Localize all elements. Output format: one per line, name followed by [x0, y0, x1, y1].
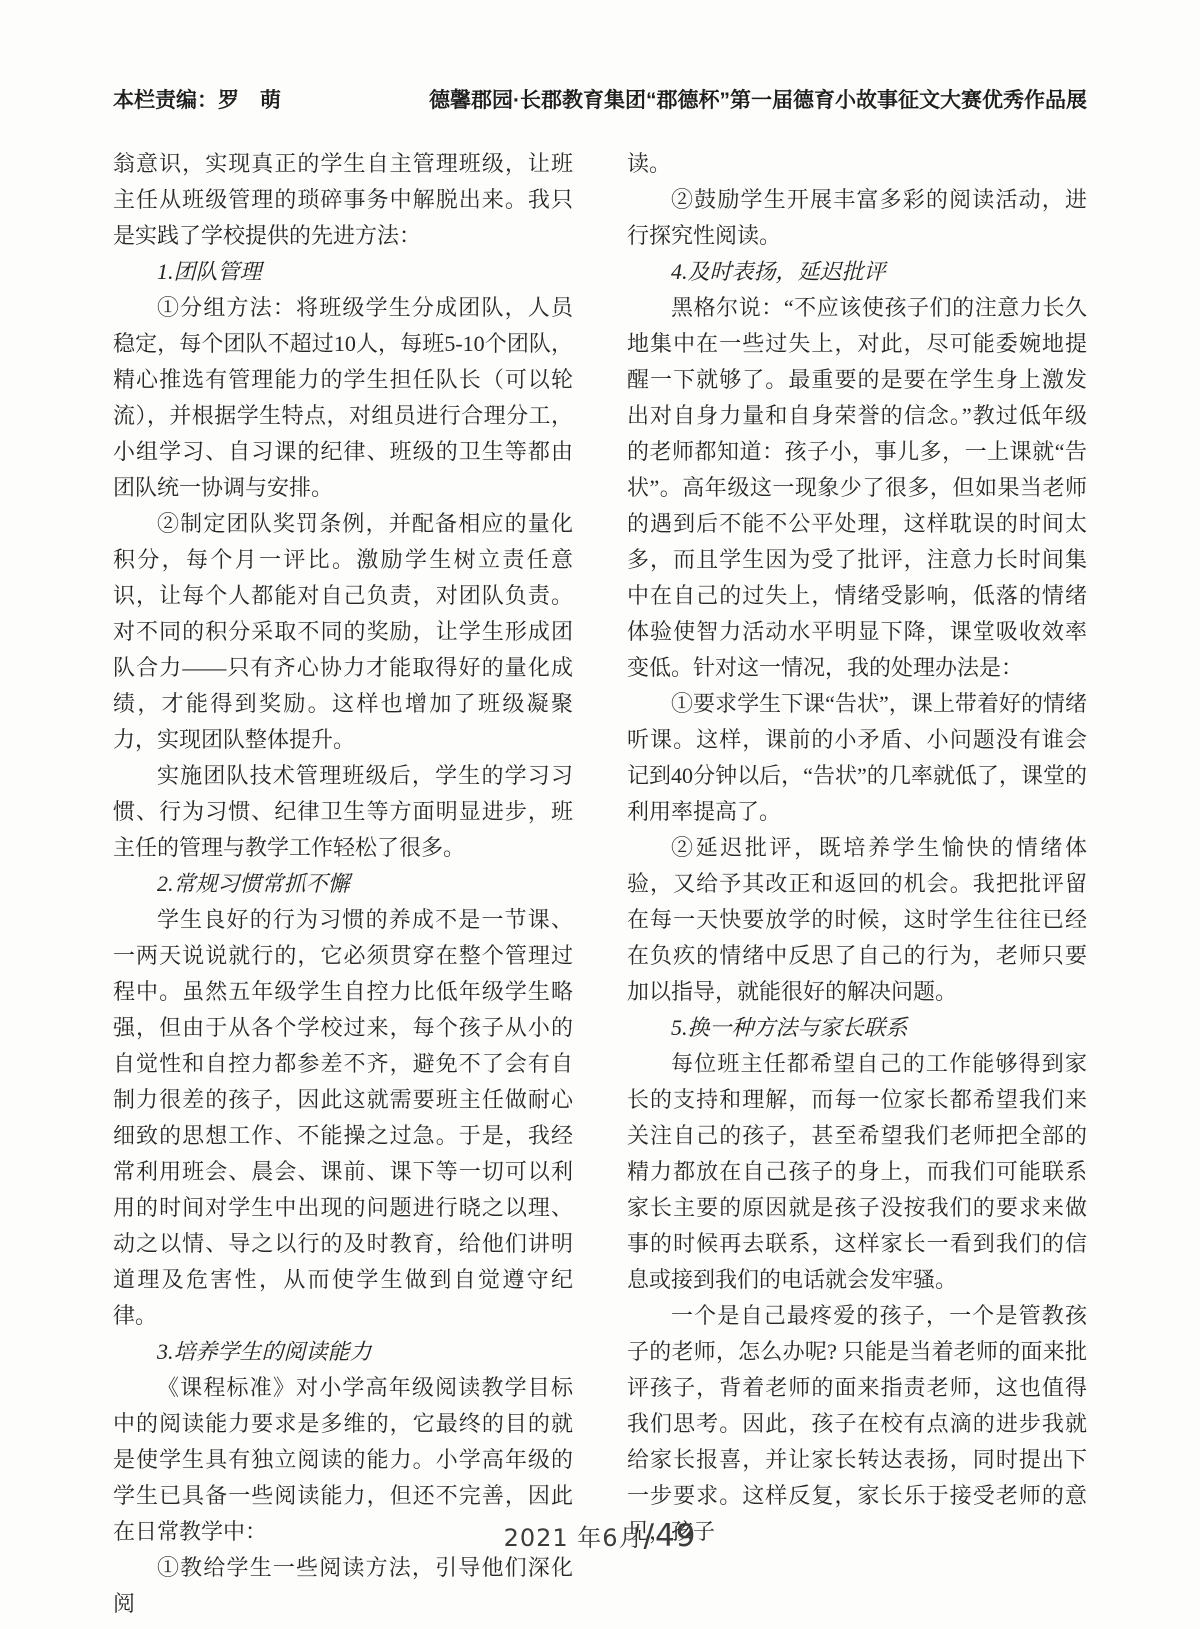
section-heading: 5.换一种方法与家长联系 — [627, 1010, 1087, 1046]
issue-banner-title: 德馨郡园·长郡教育集团“郡德杯”第一届德育小故事征文大赛优秀作品展 — [429, 84, 1087, 114]
article-body: 翁意识，实现真正的学生自主管理班级，让班主任从班级管理的琐碎事务中解脱出来。我只… — [113, 146, 1087, 1622]
paragraph: 实施团队技术管理班级后，学生的学习习惯、行为习惯、纪律卫生等方面明显进步，班主任… — [113, 758, 573, 866]
issue-date: 2021 年6月 — [504, 1524, 644, 1552]
paragraph: 翁意识，实现真正的学生自主管理班级，让班主任从班级管理的琐碎事务中解脱出来。我只… — [113, 146, 573, 254]
section-heading: 2.常规习惯常抓不懈 — [113, 866, 573, 902]
paragraph: ②延迟批评，既培养学生愉快的情绪体验，又给予其改正和返回的机会。我把批评留在每一… — [627, 830, 1087, 1010]
paragraph: ②制定团队奖罚条例，并配备相应的量化积分，每个月一评比。激励学生树立责任意识，让… — [113, 506, 573, 758]
section-heading: 1.团队管理 — [113, 254, 573, 290]
left-text-column: 翁意识，实现真正的学生自主管理班级，让班主任从班级管理的琐碎事务中解脱出来。我只… — [113, 146, 573, 1622]
magazine-page: 本栏责编：罗 萌 德馨郡园·长郡教育集团“郡德杯”第一届德育小故事征文大赛优秀作… — [0, 0, 1200, 1629]
page-footer: 2021 年6月/49 — [0, 1518, 1200, 1554]
paragraph: 一个是自己最疼爱的孩子，一个是管教孩子的老师，怎么办呢? 只能是当着老师的面来批… — [627, 1298, 1087, 1550]
paragraph: ①分组方法：将班级学生分成团队，人员稳定，每个团队不超过10人，每班5-10个团… — [113, 290, 573, 506]
paragraph: 黑格尔说：“不应该使孩子们的注意力长久地集中在一些过失上，对此，尽可能委婉地提醒… — [627, 290, 1087, 686]
page-number: /49 — [644, 1518, 697, 1554]
right-text-column: 读。②鼓励学生开展丰富多彩的阅读活动，进行探究性阅读。4.及时表扬，延迟批评黑格… — [627, 146, 1087, 1622]
paragraph: ②鼓励学生开展丰富多彩的阅读活动，进行探究性阅读。 — [627, 182, 1087, 254]
page-header: 本栏责编：罗 萌 德馨郡园·长郡教育集团“郡德杯”第一届德育小故事征文大赛优秀作… — [113, 84, 1087, 114]
paragraph: 每位班主任都希望自己的工作能够得到家长的支持和理解，而每一位家长都希望我们来关注… — [627, 1046, 1087, 1298]
paragraph: 学生良好的行为习惯的养成不是一节课、一两天说说就行的，它必须贯穿在整个管理过程中… — [113, 902, 573, 1334]
paragraph: 读。 — [627, 146, 1087, 182]
paragraph: ①教给学生一些阅读方法，引导他们深化阅 — [113, 1550, 573, 1622]
paragraph: ①要求学生下课“告状”，课上带着好的情绪听课。这样，课前的小矛盾、小问题没有谁会… — [627, 686, 1087, 830]
section-heading: 3.培养学生的阅读能力 — [113, 1334, 573, 1370]
column-editor-label: 本栏责编：罗 萌 — [113, 84, 281, 114]
section-heading: 4.及时表扬，延迟批评 — [627, 254, 1087, 290]
